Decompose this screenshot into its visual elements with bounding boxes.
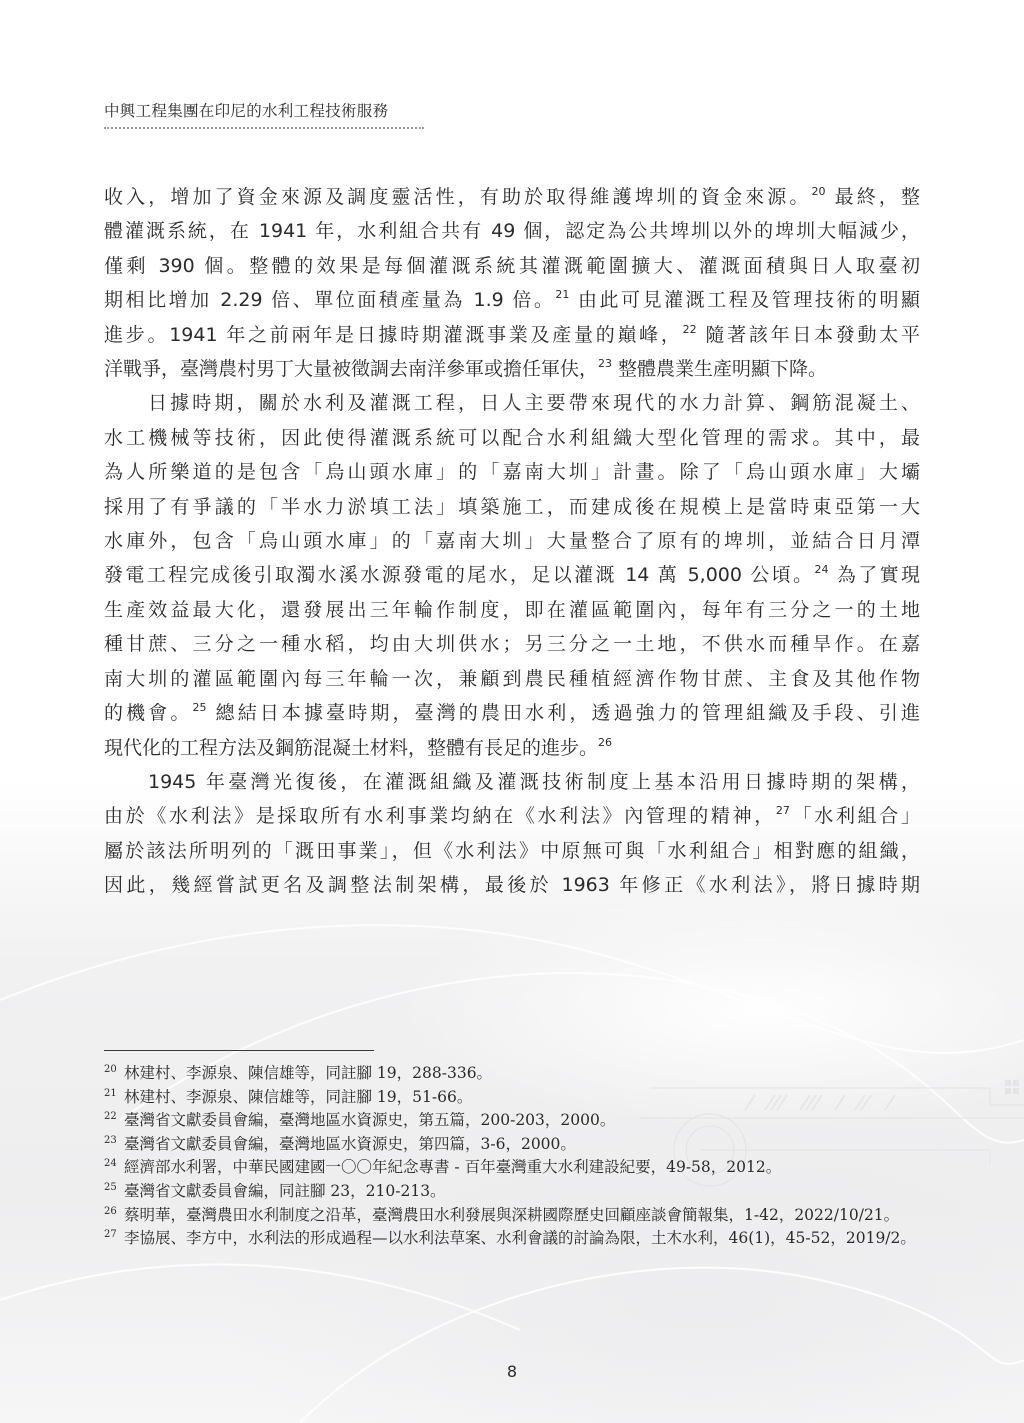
body-text-segment: 總結日本據臺時期，臺灣的農田水利，透過強力的管理組織及手段、引進 [206, 702, 920, 724]
footnote-reference[interactable]: 22 [683, 323, 697, 336]
footnote-text: 蔡明華，臺灣農田水利制度之沿革，臺灣農田水利發展與深耕國際歷史回顧座談會簡報集，… [124, 1204, 920, 1228]
body-line: 1945 年臺灣光復後，在灌溉組織及灌溉技術制度上基本沿用日據時期的架構， [104, 765, 920, 799]
footnote-text: 李協展、李方中，水利法的形成過程—以水利法草案、水利會議的討論為限，土木水利，4… [124, 1227, 920, 1251]
body-text-segment: 日據時期，關於水利及灌溉工程，日人主要帶來現代的水力計算、鋼筋混凝土、 [148, 392, 920, 414]
running-title: 中興工程集團在印尼的水利工程技術服務 [104, 100, 424, 122]
footnote-number: 26 [104, 1204, 124, 1228]
footnote-item: 22臺灣省文獻委員會編，臺灣地區水資源史，第五篇，200-203，2000。 [104, 1109, 920, 1133]
footnote-reference[interactable]: 24 [814, 563, 828, 576]
body-line: 屬於該法所明列的「溉田事業」，但《水利法》中原無可與「水利組合」相對應的組織， [104, 834, 920, 868]
footnote-reference[interactable]: 26 [598, 736, 612, 749]
footnote-number: 22 [104, 1109, 124, 1133]
body-line: 水庫外，包含「烏山頭水庫」的「嘉南大圳」大量整合了原有的埤圳，並結合日月潭 [104, 524, 920, 558]
footnote-item: 24經濟部水利署，中華民國建國一〇〇年紀念專書 - 百年臺灣重大水利建設紀要，4… [104, 1156, 920, 1180]
body-line: 生產效益最大化，還發展出三年輪作制度，即在灌區範圍內，每年有三分之一的土地 [104, 593, 920, 627]
body-line: 的機會。25 總結日本據臺時期，臺灣的農田水利，透過強力的管理組織及手段、引進 [104, 696, 920, 730]
footnote-number: 25 [104, 1180, 124, 1204]
page-number: 8 [0, 1362, 1024, 1381]
footnote-separator [104, 1050, 374, 1051]
footnote-text: 臺灣省文獻委員會編，臺灣地區水資源史，第四篇，3-6，2000。 [124, 1133, 920, 1157]
footnote-reference[interactable]: 20 [812, 185, 826, 198]
header-dotted-rule [104, 127, 424, 129]
footnote-item: 25臺灣省文獻委員會編，同註腳 23，210-213。 [104, 1180, 920, 1204]
body-text-segment: 發電工程完成後引取濁水溪水源發電的尾水，足以灌溉 14 萬 5,000 公頃。 [104, 564, 814, 586]
body-line: 為人所樂道的是包含「烏山頭水庫」的「嘉南大圳」計畫。除了「烏山頭水庫」大壩 [104, 455, 920, 489]
body-text-segment: 洋戰爭，臺灣農村男丁大量被徵調去南洋參軍或擔任軍伕， [104, 358, 598, 380]
body-text-segment: 期相比增加 2.29 倍、單位面積產量為 1.9 倍。 [104, 289, 555, 311]
body-line: 洋戰爭，臺灣農村男丁大量被徵調去南洋參軍或擔任軍伕，23 整體農業生產明顯下降。 [104, 352, 920, 386]
body-text-segment: 1945 年臺灣光復後，在灌溉組織及灌溉技術制度上基本沿用日據時期的架構， [148, 771, 920, 793]
body-text-segment: 種甘蔗、三分之一種水稻，均由大圳供水；另三分之一土地，不供水而種旱作。在嘉 [104, 633, 920, 655]
footnote-item: 26蔡明華，臺灣農田水利制度之沿革，臺灣農田水利發展與深耕國際歷史回顧座談會簡報… [104, 1204, 920, 1228]
footnotes: 20林建村、李源泉、陳信雄等，同註腳 19，288-336。21林建村、李源泉、… [104, 1062, 920, 1251]
body-text-segment: 收入，增加了資金來源及調度靈活性，有助於取得維護埤圳的資金來源。 [104, 186, 812, 208]
footnote-text: 臺灣省文獻委員會編，臺灣地區水資源史，第五篇，200-203，2000。 [124, 1109, 920, 1133]
footnote-item: 20林建村、李源泉、陳信雄等，同註腳 19，288-336。 [104, 1062, 920, 1086]
footnote-item: 21林建村、李源泉、陳信雄等，同註腳 19，51-66。 [104, 1086, 920, 1110]
running-header: 中興工程集團在印尼的水利工程技術服務 [104, 100, 424, 129]
footnote-reference[interactable]: 25 [192, 701, 206, 714]
footnote-text: 林建村、李源泉、陳信雄等，同註腳 19，51-66。 [124, 1086, 920, 1110]
body-text-segment: 南大圳的灌區範圍內每三年輪一次，兼顧到農民種植經濟作物甘蔗、主食及其他作物 [104, 668, 920, 690]
footnote-number: 21 [104, 1086, 124, 1110]
body-line: 水工機械等技術，因此使得灌溉系統可以配合水利組織大型化管理的需求。其中，最 [104, 421, 920, 455]
body-text-segment: 「水利組合」 [790, 805, 920, 827]
body-line: 發電工程完成後引取濁水溪水源發電的尾水，足以灌溉 14 萬 5,000 公頃。2… [104, 558, 920, 592]
body-text-segment: 的機會。 [104, 702, 192, 724]
body-line: 南大圳的灌區範圍內每三年輪一次，兼顧到農民種植經濟作物甘蔗、主食及其他作物 [104, 662, 920, 696]
footnote-number: 24 [104, 1156, 124, 1180]
footnote-item: 27李協展、李方中，水利法的形成過程—以水利法草案、水利會議的討論為限，土木水利… [104, 1227, 920, 1251]
body-text-segment: 由於《水利法》是採取所有水利事業均納在《水利法》內管理的精神， [104, 805, 776, 827]
body-text-segment: 為了實現 [828, 564, 920, 586]
body-text: 收入，增加了資金來源及調度靈活性，有助於取得維護埤圳的資金來源。20 最終，整體… [104, 180, 920, 903]
body-text-segment: 僅剩 390 個。整體的效果是每個灌溉系統其灌溉範圍擴大、灌溉面積與日人取臺初 [104, 255, 920, 277]
body-text-segment: 水庫外，包含「烏山頭水庫」的「嘉南大圳」大量整合了原有的埤圳，並結合日月潭 [104, 530, 920, 552]
body-line: 日據時期，關於水利及灌溉工程，日人主要帶來現代的水力計算、鋼筋混凝土、 [104, 386, 920, 420]
footnote-text: 臺灣省文獻委員會編，同註腳 23，210-213。 [124, 1180, 920, 1204]
footnote-reference[interactable]: 23 [598, 357, 612, 370]
body-text-segment: 水工機械等技術，因此使得灌溉系統可以配合水利組織大型化管理的需求。其中，最 [104, 427, 920, 449]
footnote-reference[interactable]: 27 [776, 804, 790, 817]
footnote-number: 27 [104, 1227, 124, 1251]
body-line: 收入，增加了資金來源及調度靈活性，有助於取得維護埤圳的資金來源。20 最終，整 [104, 180, 920, 214]
body-line: 由於《水利法》是採取所有水利事業均納在《水利法》內管理的精神，27「水利組合」 [104, 799, 920, 833]
body-text-segment: 生產效益最大化，還發展出三年輪作制度，即在灌區範圍內，每年有三分之一的土地 [104, 599, 920, 621]
body-text-segment: 體灌溉系統，在 1941 年，水利組合共有 49 個，認定為公共埤圳以外的埤圳大… [104, 220, 920, 242]
body-text-segment: 隨著該年日本發動太平 [697, 324, 920, 346]
body-line: 僅剩 390 個。整體的效果是每個灌溉系統其灌溉範圍擴大、灌溉面積與日人取臺初 [104, 249, 920, 283]
body-line: 因此，幾經嘗試更名及調整法制架構，最後於 1963 年修正《水利法》，將日據時期 [104, 868, 920, 902]
body-text-segment: 現代化的工程方法及鋼筋混凝土材料，整體有長足的進步。 [104, 737, 598, 759]
body-text-segment: 進步。1941 年之前兩年是日據時期灌溉事業及產量的巔峰， [104, 324, 683, 346]
body-text-segment: 屬於該法所明列的「溉田事業」，但《水利法》中原無可與「水利組合」相對應的組織， [104, 840, 920, 862]
footnote-text: 林建村、李源泉、陳信雄等，同註腳 19，288-336。 [124, 1062, 920, 1086]
body-line: 種甘蔗、三分之一種水稻，均由大圳供水；另三分之一土地，不供水而種旱作。在嘉 [104, 627, 920, 661]
body-line: 進步。1941 年之前兩年是日據時期灌溉事業及產量的巔峰，22 隨著該年日本發動… [104, 318, 920, 352]
footnote-number: 23 [104, 1133, 124, 1157]
footnote-item: 23臺灣省文獻委員會編，臺灣地區水資源史，第四篇，3-6，2000。 [104, 1133, 920, 1157]
body-text-segment: 最終，整 [826, 186, 920, 208]
body-line: 期相比增加 2.29 倍、單位面積產量為 1.9 倍。21 由此可見灌溉工程及管… [104, 283, 920, 317]
body-text-segment: 由此可見灌溉工程及管理技術的明顯 [569, 289, 920, 311]
body-text-segment: 為人所樂道的是包含「烏山頭水庫」的「嘉南大圳」計畫。除了「烏山頭水庫」大壩 [104, 461, 920, 483]
body-line: 體灌溉系統，在 1941 年，水利組合共有 49 個，認定為公共埤圳以外的埤圳大… [104, 214, 920, 248]
body-text-segment: 整體農業生產明顯下降。 [612, 358, 827, 380]
footnote-number: 20 [104, 1062, 124, 1086]
body-text-segment: 採用了有爭議的「半水力淤填工法」填築施工，而建成後在規模上是當時東亞第一大 [104, 496, 920, 518]
footnote-reference[interactable]: 21 [555, 288, 569, 301]
footnote-text: 經濟部水利署，中華民國建國一〇〇年紀念專書 - 百年臺灣重大水利建設紀要，49-… [124, 1156, 920, 1180]
body-text-segment: 因此，幾經嘗試更名及調整法制架構，最後於 1963 年修正《水利法》，將日據時期 [104, 874, 920, 896]
body-line: 現代化的工程方法及鋼筋混凝土材料，整體有長足的進步。26 [104, 731, 920, 765]
body-line: 採用了有爭議的「半水力淤填工法」填築施工，而建成後在規模上是當時東亞第一大 [104, 490, 920, 524]
